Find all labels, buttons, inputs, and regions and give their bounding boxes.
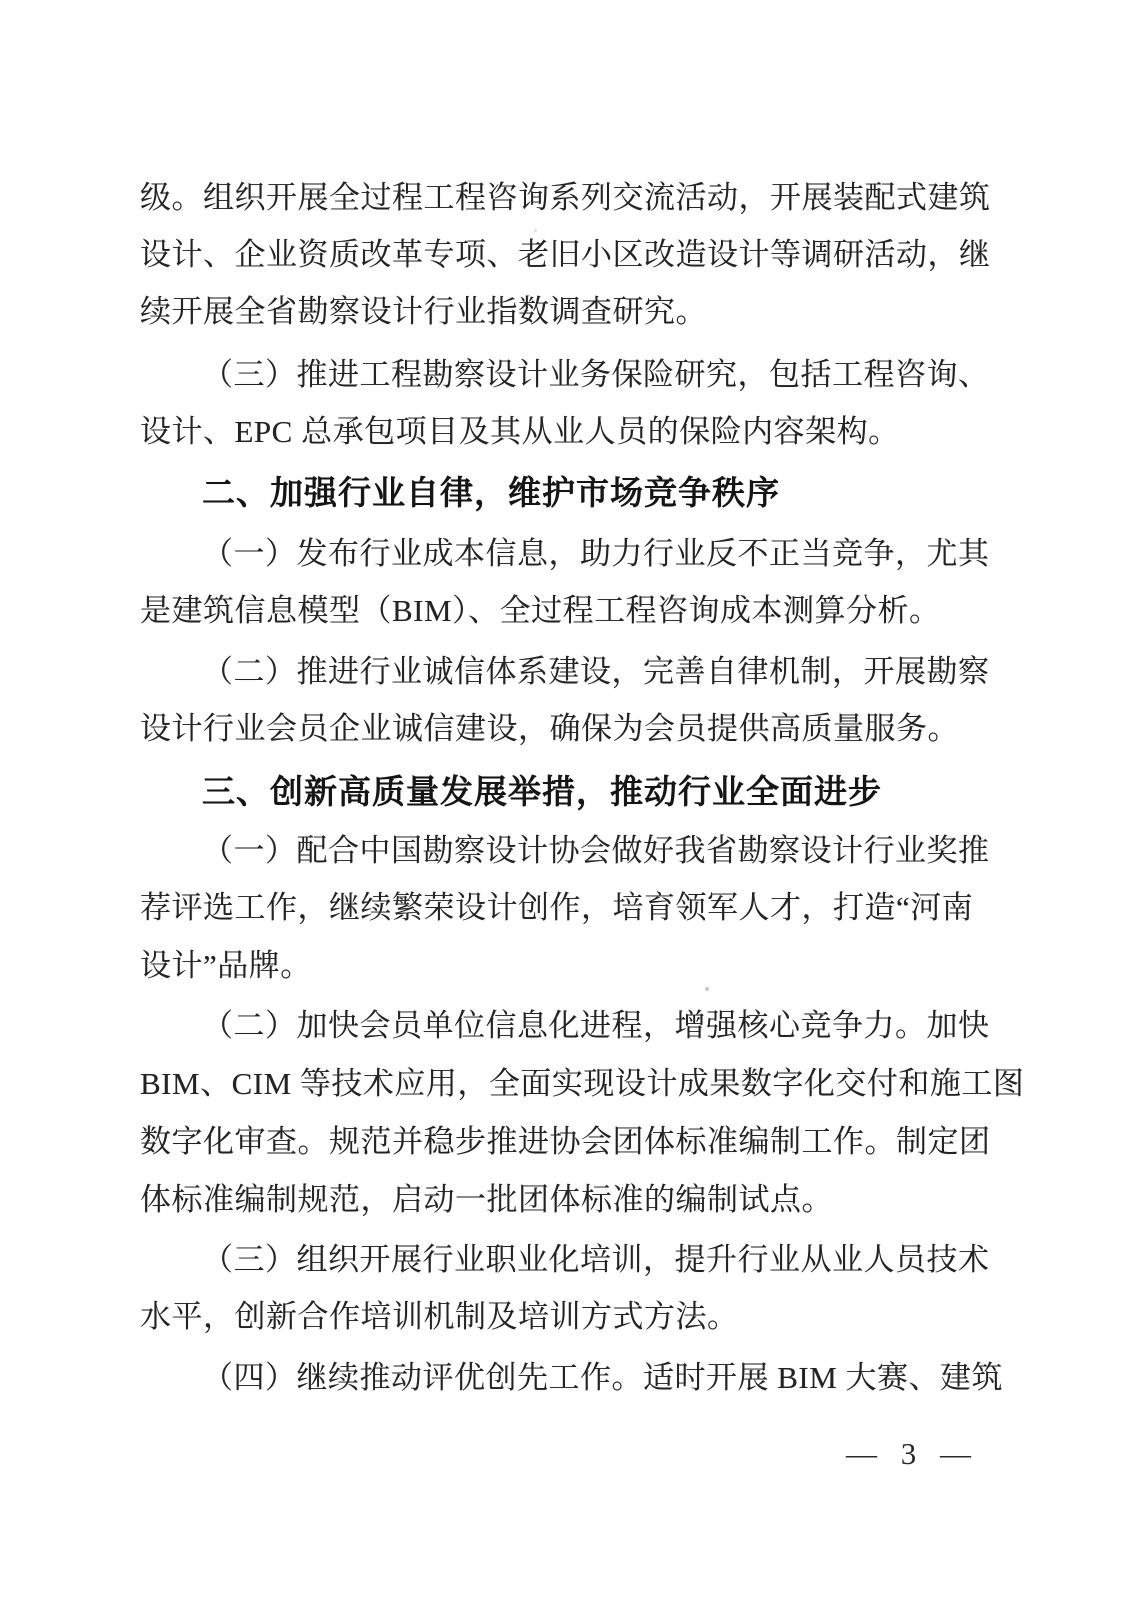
paragraph-line: （一）发布行业成本信息，助力行业反不正当竞争，尤其 <box>140 536 1000 573</box>
paragraph-line: （三）推进工程勘察设计业务保险研究，包括工程咨询、 <box>140 357 1000 394</box>
paragraph-line: 级。组织开展全过程工程咨询系列交流活动，开展装配式建筑 <box>140 180 1000 217</box>
paragraph-line: 是建筑信息模型（BIM）、全过程工程咨询成本测算分析。 <box>140 593 1000 630</box>
paragraph-line: 体标准编制规范，启动一批团体标准的编制试点。 <box>140 1182 1000 1219</box>
scan-speck <box>705 987 709 991</box>
page-number: — 3 — <box>846 1436 979 1472</box>
paragraph-line: （二）加快会员单位信息化进程，增强核心竞争力。加快 <box>140 1008 1000 1045</box>
paragraph-line: 设计行业会员企业诚信建设，确保为会员提供高质量服务。 <box>140 711 1000 748</box>
paragraph-line: （三）组织开展行业职业化培训，提升行业从业人员技术 <box>140 1242 1000 1279</box>
paragraph-line: （二）推进行业诚信体系建设，完善自律机制，开展勘察 <box>140 654 1000 691</box>
paragraph-line: （四）继续推动评优创先工作。适时开展 BIM 大赛、建筑 <box>140 1360 1000 1397</box>
paragraph-line: 数字化审查。规范并稳步推进协会团体标准编制工作。制定团 <box>140 1124 1000 1161</box>
paragraph-line: 荐评选工作，继续繁荣设计创作，培育领军人才，打造“河南 <box>140 890 1000 927</box>
section-heading: 三、创新高质量发展举措，推动行业全面进步 <box>140 773 1000 812</box>
document-page: 级。组织开展全过程工程咨询系列交流活动，开展装配式建筑 设计、企业资质改革专项、… <box>0 0 1131 1600</box>
paragraph-line: 设计、企业资质改革专项、老旧小区改造设计等调研活动，继 <box>140 237 1000 274</box>
scan-speck <box>534 229 537 232</box>
section-heading: 二、加强行业自律，维护市场竞争秩序 <box>140 474 1000 513</box>
paragraph-line: （一）配合中国勘察设计协会做好我省勘察设计行业奖推 <box>140 833 1000 870</box>
paragraph-line: 设计”品牌。 <box>140 948 1000 985</box>
paragraph-line: 设计、EPC 总承包项目及其从业人员的保险内容架构。 <box>140 414 1000 451</box>
paragraph-line: 水平，创新合作培训机制及培训方式方法。 <box>140 1299 1000 1336</box>
paragraph-line: 续开展全省勘察设计行业指数调查研究。 <box>140 294 1000 331</box>
paragraph-line: BIM、CIM 等技术应用，全面实现设计成果数字化交付和施工图 <box>140 1066 1000 1103</box>
